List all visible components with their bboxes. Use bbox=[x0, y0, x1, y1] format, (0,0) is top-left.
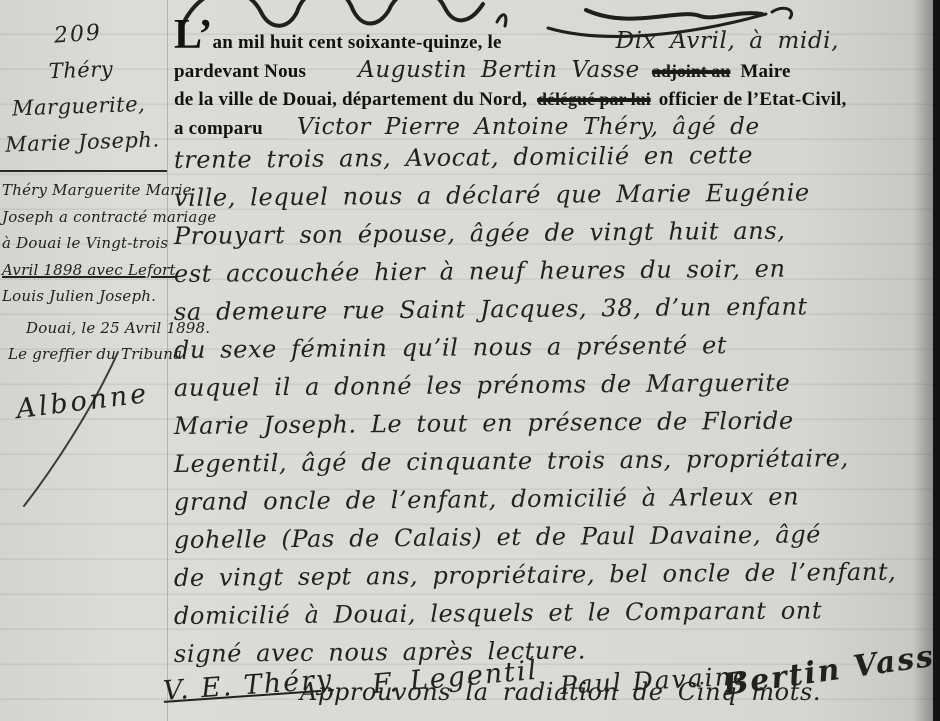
text-segment-script: domicilié à Douai, lesquels et le Compar… bbox=[174, 596, 822, 630]
margin-note-line: Douai, le 25 Avril 1898. bbox=[26, 315, 174, 342]
greffier-signature: Albonne bbox=[15, 378, 151, 425]
margin-note-line: Joseph a contracté mariage bbox=[2, 204, 174, 231]
text-segment-script: grand oncle de l’enfant, domicilié à Arl… bbox=[174, 483, 799, 516]
marriage-margin-note: Théry Marguerite MarieJoseph a contracté… bbox=[2, 177, 174, 368]
text-segment-script: auquel il a donné les prénoms de Marguer… bbox=[174, 369, 791, 402]
text-segment-script: sa demeure rue Saint Jacques, 38, d’un e… bbox=[174, 292, 808, 326]
text-segment-script: Dix Avril, à midi, bbox=[616, 28, 839, 54]
act-line: de la ville de Douai, département du Nor… bbox=[174, 86, 934, 114]
act-line: du sexe féminin qu’il nous a présenté et bbox=[174, 326, 934, 371]
act-line: pardevant Nous Augustin Bertin Vasse adj… bbox=[174, 57, 934, 86]
margin-note-line: à Douai le Vingt-trois bbox=[2, 230, 174, 257]
margin-note-line: Avril 1898 avec Lefort bbox=[2, 257, 174, 284]
text-segment-printed: L’an mil huit cent soixante-quinze, le bbox=[174, 32, 502, 53]
act-line: auquel il a donné les prénoms de Marguer… bbox=[174, 364, 934, 409]
text-segment-script: de vingt sept ans, propriétaire, bel onc… bbox=[174, 558, 897, 592]
scanned-register-page: 209 ThéryMarguerite,Marie Joseph. Théry … bbox=[0, 0, 940, 721]
act-line: ville, lequel nous a déclaré que Marie E… bbox=[174, 174, 934, 219]
act-text: L’an mil huit cent soixante-quinze, le D… bbox=[174, 22, 934, 710]
text-segment-script: trente trois ans, Avocat, domicilié en c… bbox=[174, 141, 753, 174]
signature: F. Legentil bbox=[371, 655, 539, 700]
text-segment-script: Prouyart son épouse, âgée de vingt huit … bbox=[174, 217, 786, 250]
margin-child-name: ThéryMarguerite,Marie Joseph. bbox=[0, 49, 170, 163]
scan-edge-shadow bbox=[913, 0, 933, 721]
text-segment-script: Augustin Bertin Vasse bbox=[358, 57, 640, 83]
act-line: gohelle (Pas de Calais) et de Paul Davai… bbox=[174, 516, 934, 561]
signature: V. E. Théry bbox=[162, 664, 334, 707]
act-line: de vingt sept ans, propriétaire, bel onc… bbox=[174, 554, 934, 599]
margin-name-line: Marguerite, bbox=[11, 85, 168, 126]
act-line: sa demeure rue Saint Jacques, 38, d’un e… bbox=[174, 288, 934, 333]
text-segment-script: du sexe féminin qu’il nous a présenté et bbox=[174, 331, 727, 364]
text-segment-struck: adjoint au bbox=[652, 61, 731, 81]
margin-note-line: Louis Julien Joseph. bbox=[2, 283, 174, 310]
act-line: L’an mil huit cent soixante-quinze, le D… bbox=[174, 22, 934, 57]
act-line: domicilié à Douai, lesquels et le Compar… bbox=[174, 592, 934, 637]
text-segment-script: Legentil, âgé de cinquante trois ans, pr… bbox=[174, 444, 849, 478]
text-segment-struck: délégué par lui bbox=[537, 89, 651, 109]
text-segment-script: Victor Pierre Antoine Théry, âgé de bbox=[297, 114, 760, 140]
margin-divider bbox=[0, 170, 167, 172]
text-segment-script: Marie Joseph. Le tout en présence de Flo… bbox=[174, 407, 794, 440]
act-line: est accouchée hier à neuf heures du soir… bbox=[174, 250, 934, 295]
record-number: 209 bbox=[53, 20, 103, 48]
act-body: L’an mil huit cent soixante-quinze, le D… bbox=[174, 22, 934, 675]
signatures-row: V. E. ThéryF. LegentilPaul DavaineBertin… bbox=[0, 650, 940, 721]
act-line: Legentil, âgé de cinquante trois ans, pr… bbox=[174, 440, 934, 485]
act-line: Marie Joseph. Le tout en présence de Flo… bbox=[174, 402, 934, 447]
margin-name-line: Théry bbox=[48, 49, 167, 89]
signature: Bertin Vasse bbox=[721, 650, 940, 703]
act-line: trente trois ans, Avocat, domicilié en c… bbox=[174, 136, 934, 181]
text-segment-printed: pardevant Nous bbox=[174, 61, 306, 82]
act-line: grand oncle de l’enfant, domicilié à Arl… bbox=[174, 478, 934, 523]
text-segment-printed: Maire bbox=[740, 61, 790, 82]
text-segment-printed: a comparu bbox=[174, 118, 263, 139]
text-segment-printed: de la ville de Douai, département du Nor… bbox=[174, 89, 527, 110]
margin-note-line: Le greffier du Tribunal bbox=[8, 341, 174, 368]
scan-edge bbox=[933, 0, 940, 721]
margin-note-line: Théry Marguerite Marie bbox=[2, 177, 174, 204]
act-line: Prouyart son épouse, âgée de vingt huit … bbox=[174, 212, 934, 257]
margin-name-line: Marie Joseph. bbox=[5, 121, 170, 163]
text-segment-script: ville, lequel nous a déclaré que Marie E… bbox=[174, 178, 810, 212]
text-segment-script: est accouchée hier à neuf heures du soir… bbox=[174, 255, 786, 288]
text-segment-script: gohelle (Pas de Calais) et de Paul Davai… bbox=[174, 520, 821, 554]
text-segment-printed: officier de l’Etat-Civil, bbox=[659, 89, 847, 110]
